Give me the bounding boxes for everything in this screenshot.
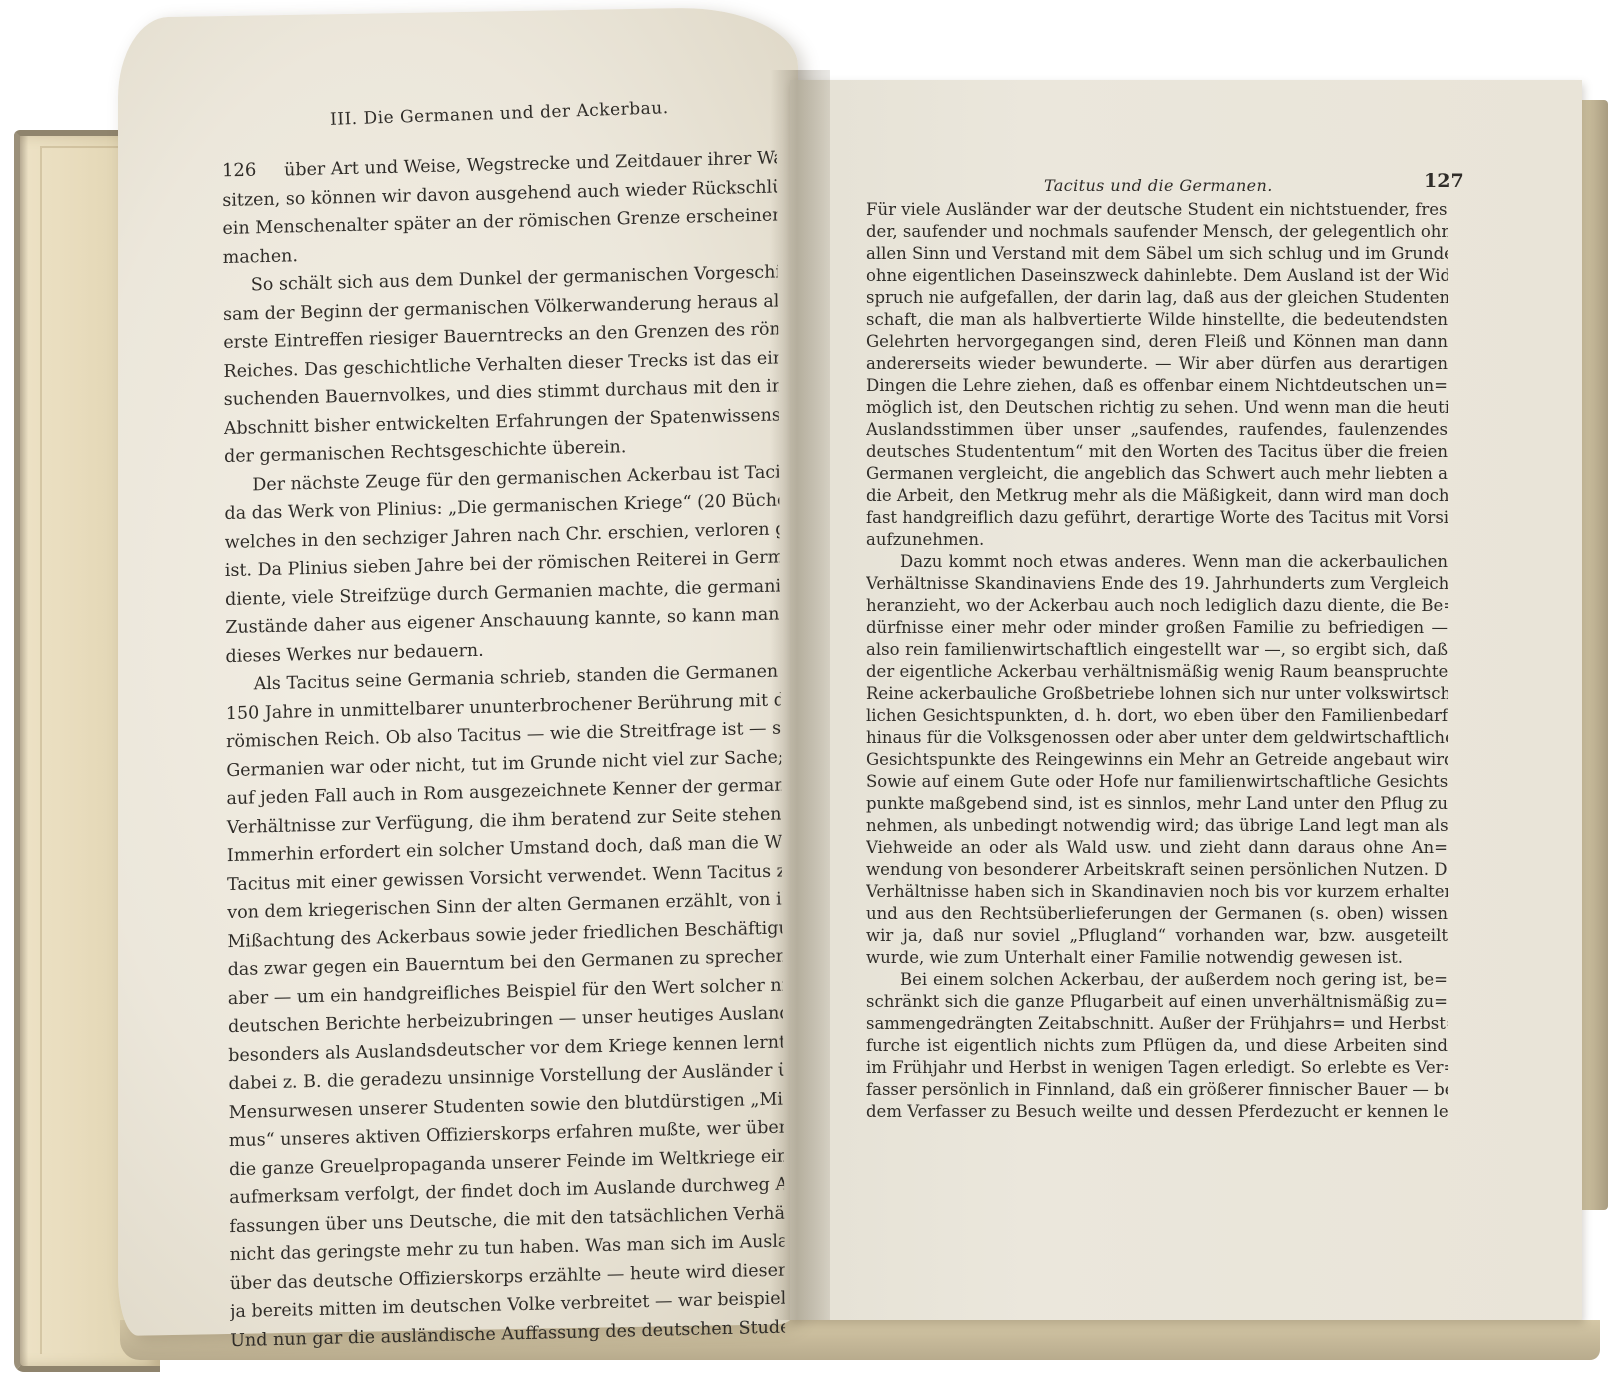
text-line: Gelehrten hervorgegangen sind, deren Fle… [866, 331, 1448, 353]
text-line: aufzunehmen. [866, 529, 1448, 551]
text-line: Germanen vergleicht, die angeblich das S… [866, 463, 1448, 485]
book-page-edges-right [1580, 100, 1608, 1210]
text-line: punkte maßgebend sind, ist es sinnlos, m… [866, 793, 1448, 815]
text-line: der, saufender und nochmals saufender Me… [866, 221, 1448, 243]
text-line: heranzieht, wo der Ackerbau auch noch le… [866, 595, 1448, 617]
text-line: wendung von besonderer Arbeitskraft sein… [866, 859, 1448, 881]
text-line: und aus den Rechtsüberlieferungen der Ge… [866, 903, 1448, 925]
text-line: im Frühjahr und Herbst in wenigen Tagen … [866, 1057, 1448, 1079]
text-line: also rein familienwirtschaftlich eingest… [866, 639, 1448, 661]
text-line: der eigentliche Ackerbau verhältnismäßig… [866, 661, 1448, 683]
open-book-photo: III. Die Germanen und der Ackerbau. 126 … [0, 0, 1618, 1396]
text-line: Gesichtspunkte des Reingewinns ein Mehr … [866, 749, 1448, 771]
text-line: dem Verfasser zu Besuch weilte und desse… [866, 1101, 1448, 1123]
text-line: ohne eigentlichen Daseinszweck dahinlebt… [866, 265, 1448, 287]
text-line: wir ja, daß nur soviel „Pflugland“ vorha… [866, 925, 1448, 947]
text-line: Auslandsstimmen über unser „saufendes, r… [866, 419, 1448, 441]
text-line: allen Sinn und Verstand mit dem Säbel um… [866, 243, 1448, 265]
text-line: Für viele Ausländer war der deutsche Stu… [866, 199, 1448, 221]
text-line: nehmen, als unbedingt notwendig wird; da… [866, 815, 1448, 837]
right-page-body: Für viele Ausländer war der deutsche Stu… [866, 199, 1448, 1123]
right-running-head: Tacitus und die Germanen. [1044, 176, 1273, 195]
text-line: sammengedrängten Zeitabschnitt. Außer de… [866, 1013, 1448, 1035]
text-line: Verhältnisse Skandinaviens Ende des 19. … [866, 573, 1448, 595]
text-line: Reine ackerbauliche Großbetriebe lohnen … [866, 683, 1448, 705]
text-line: dürfnisse einer mehr oder minder großen … [866, 617, 1448, 639]
text-line: furche ist eigentlich nichts zum Pflügen… [866, 1035, 1448, 1057]
text-line: Dingen die Lehre ziehen, daß es offenbar… [866, 375, 1448, 397]
left-page-body: über Art und Weise, Wegstrecke und Zeitd… [222, 144, 785, 1355]
text-line: wurde, wie zum Unterhalt einer Familie n… [866, 947, 1448, 969]
text-line: spruch nie aufgefallen, der darin lag, d… [866, 287, 1448, 309]
text-line: fast handgreiflich dazu geführt, derarti… [866, 507, 1448, 529]
text-line: Dazu kommt noch etwas anderes. Wenn man … [866, 551, 1448, 573]
text-line: Bei einem solchen Ackerbau, der außerdem… [866, 969, 1448, 991]
text-line: deutsches Studententum“ mit den Worten d… [866, 441, 1448, 463]
text-line: hinaus für die Volksgenossen oder aber u… [866, 727, 1448, 749]
text-line: die Arbeit, den Metkrug mehr als die Mäß… [866, 485, 1448, 507]
text-line: fasser persönlich in Finnland, daß ein g… [866, 1079, 1448, 1101]
text-line: schaft, die man als halbvertierte Wilde … [866, 309, 1448, 331]
text-line: andererseits wieder bewunderte. — Wir ab… [866, 353, 1448, 375]
text-line: Verhältnisse haben sich in Skandinavien … [866, 881, 1448, 903]
right-page-number: 127 [1424, 170, 1464, 192]
text-line: Sowie auf einem Gute oder Hofe nur famil… [866, 771, 1448, 793]
text-line: lichen Gesichtspunkten, d. h. dort, wo e… [866, 705, 1448, 727]
text-line: Viehweide an oder als Wald usw. und zieh… [866, 837, 1448, 859]
text-line: schränkt sich die ganze Pflugarbeit auf … [866, 991, 1448, 1013]
text-line: möglich ist, den Deutschen richtig zu se… [866, 397, 1448, 419]
